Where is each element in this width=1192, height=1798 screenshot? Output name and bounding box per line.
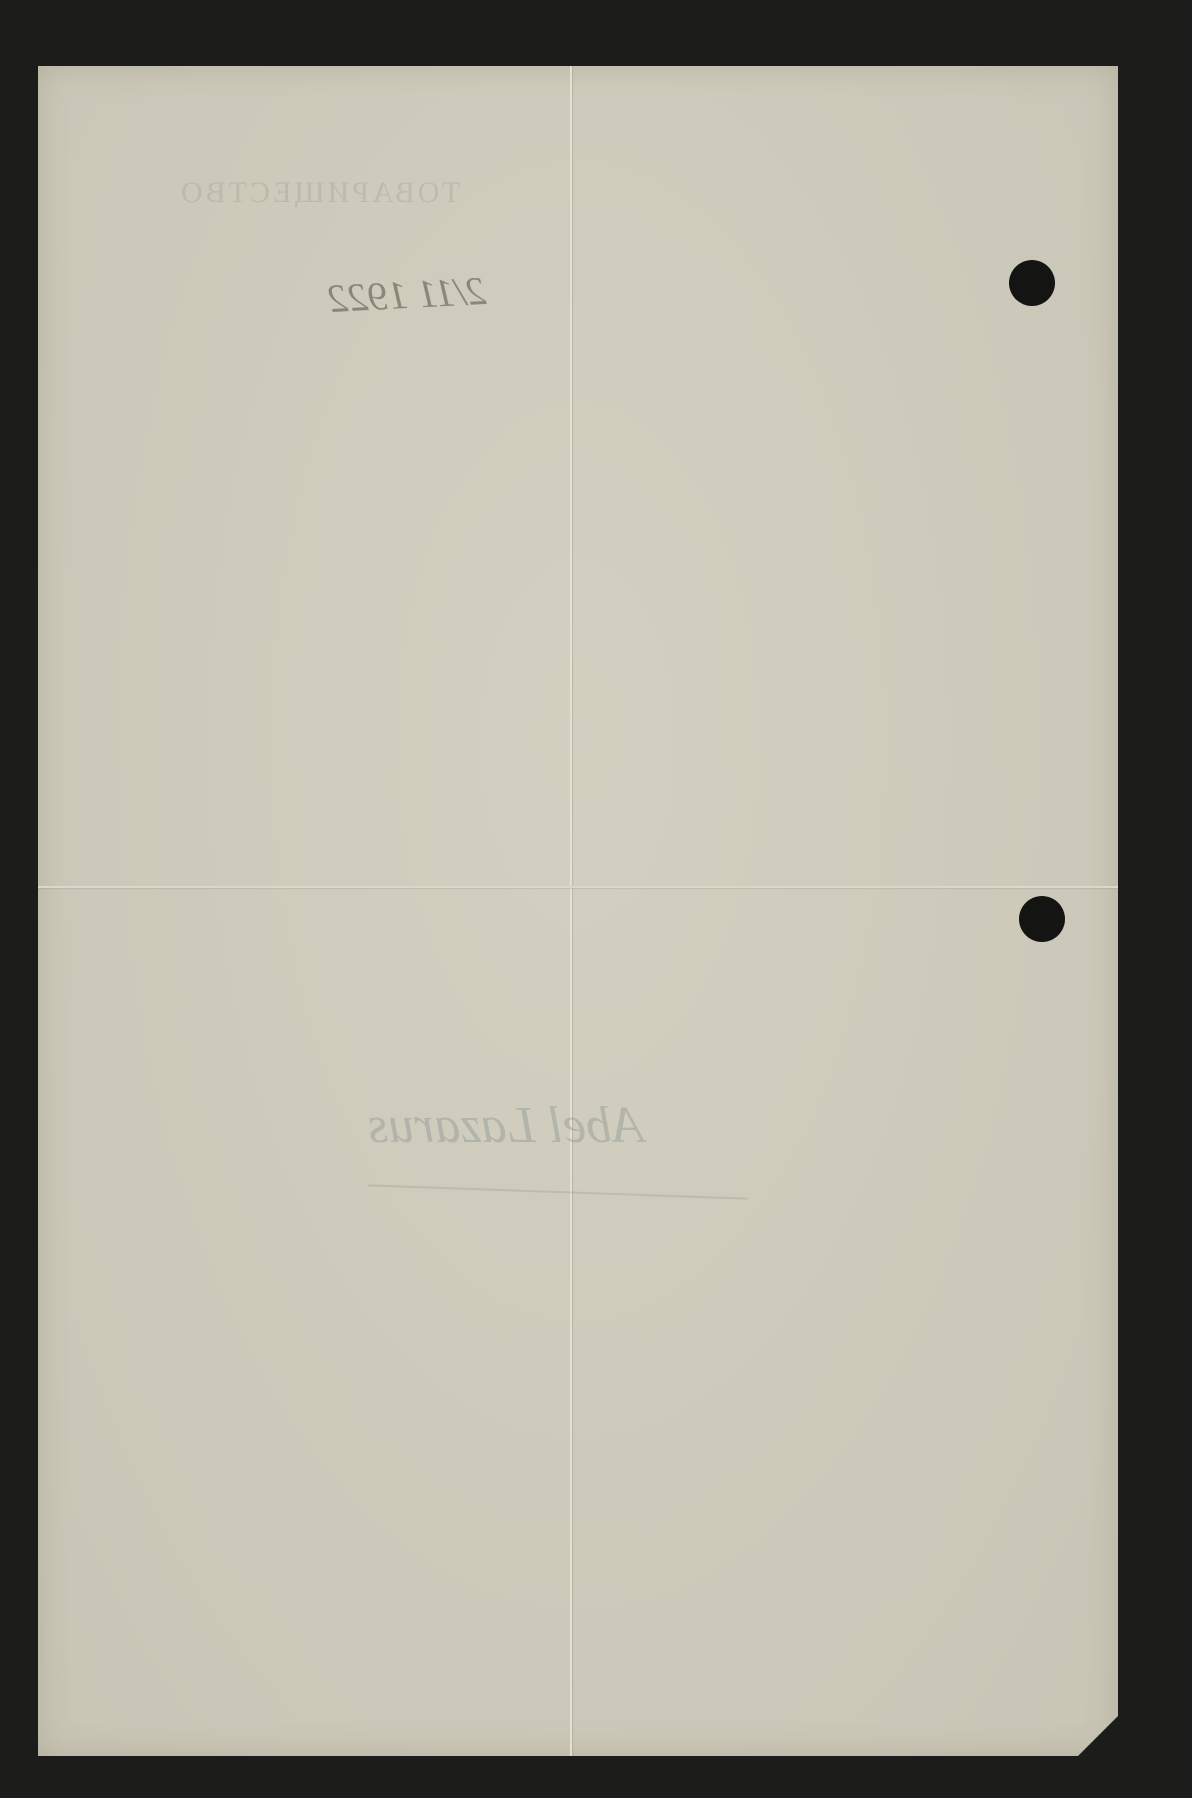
punch-hole-top — [1009, 260, 1055, 306]
punch-hole-bottom — [1019, 896, 1065, 942]
document-page: ТОВАРИЩЕСТВО 2/11 1922 Abel Lazarus — [38, 66, 1118, 1756]
horizontal-fold-line — [38, 886, 1118, 888]
bleed-through-letterhead: ТОВАРИЩЕСТВО — [178, 176, 460, 210]
torn-corner — [1078, 1716, 1118, 1756]
bleed-through-signature: Abel Lazarus — [368, 1096, 644, 1155]
vertical-fold-line — [570, 66, 572, 1756]
handwritten-date-annotation: 2/11 1922 — [327, 267, 487, 322]
signature-underline — [368, 1184, 748, 1199]
